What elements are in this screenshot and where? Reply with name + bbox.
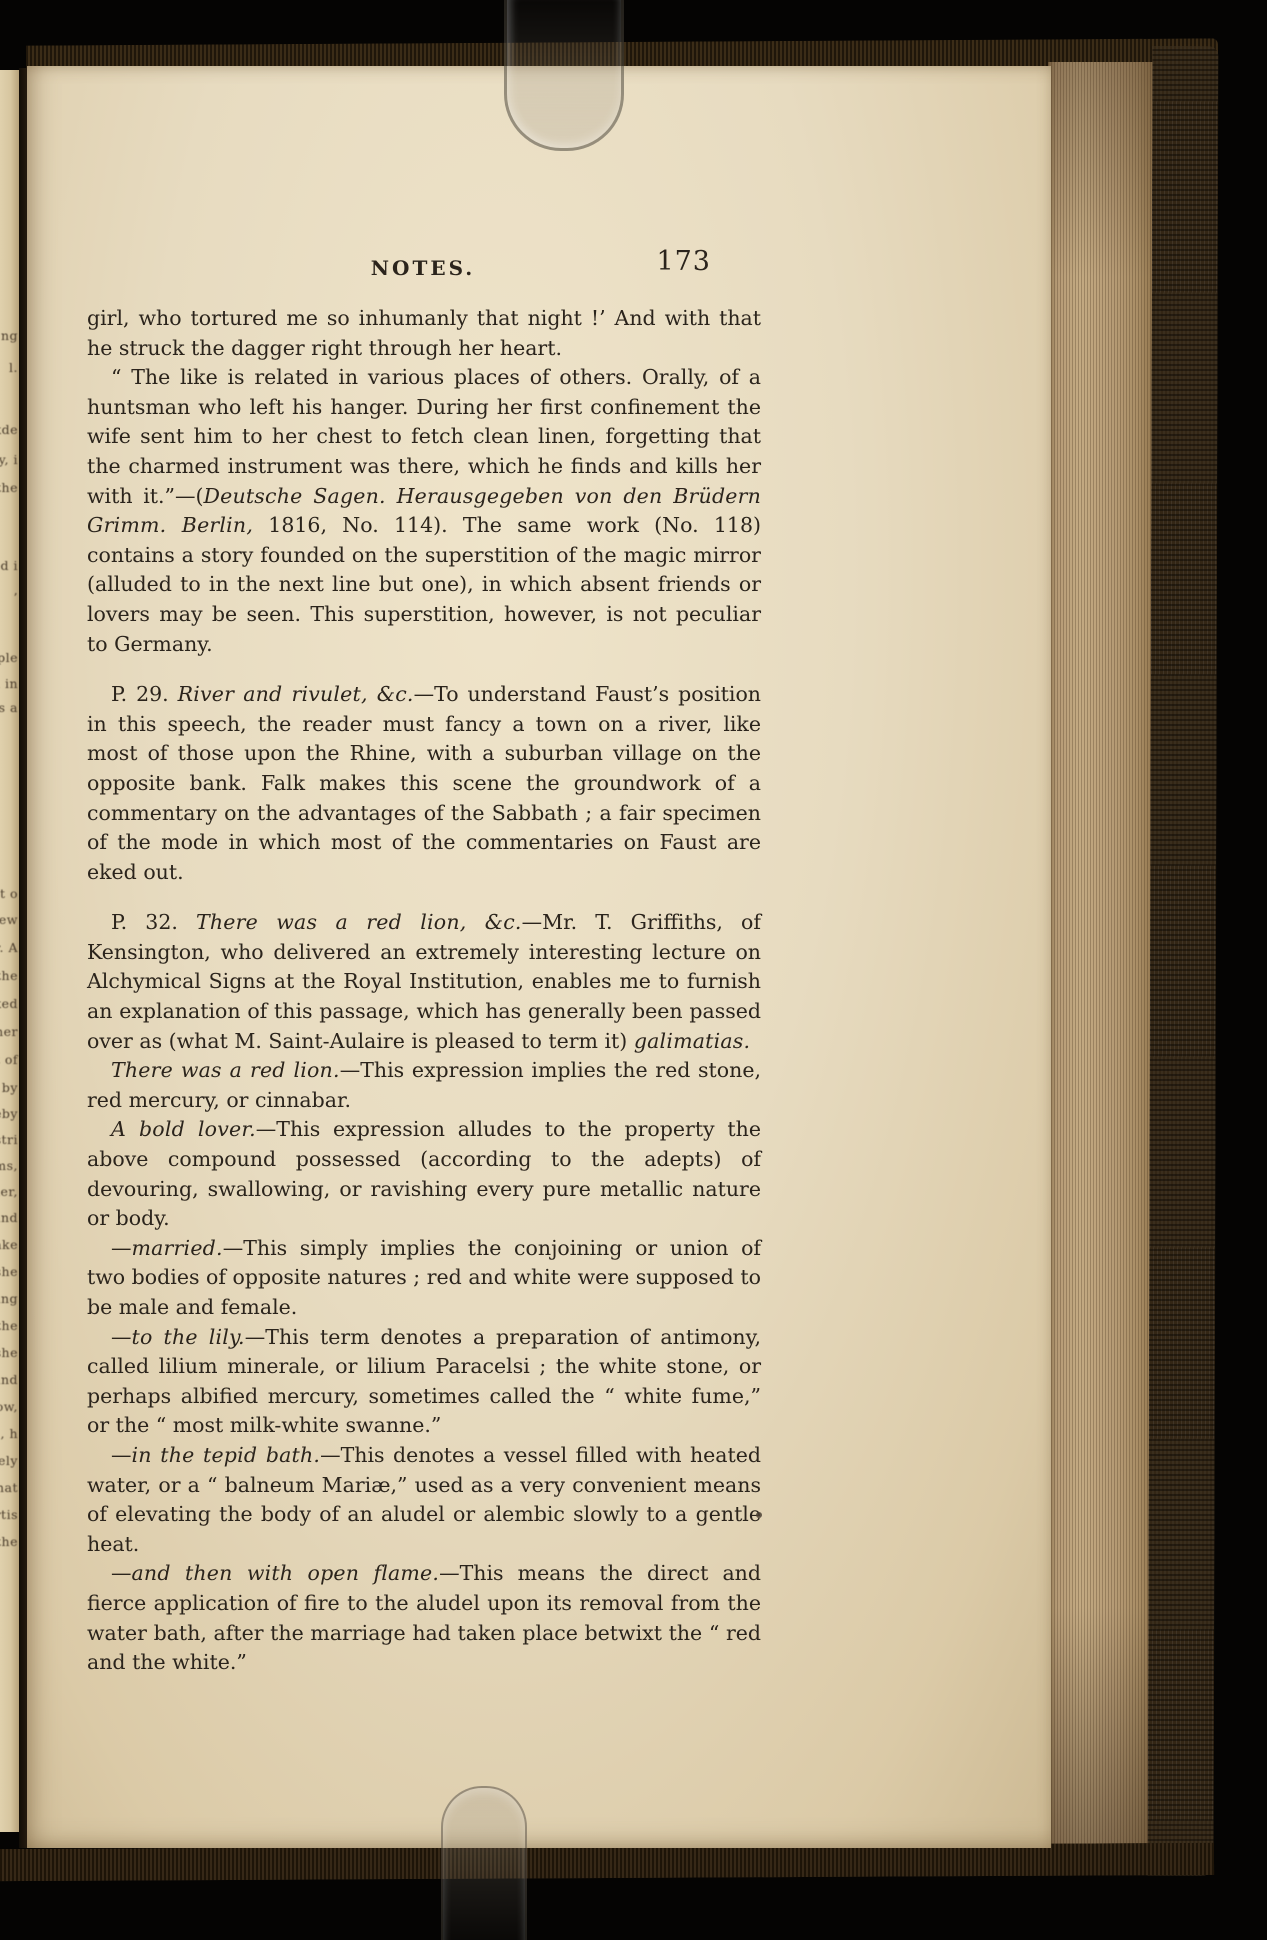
edge-text-fragment: lustri — [0, 1132, 18, 1147]
italic-run: in the tepid bath. — [132, 1443, 321, 1467]
paragraph: “ The like is related in various places … — [87, 363, 761, 659]
page-header-row: NOTES. 173 — [87, 256, 759, 290]
page-holder-clamp-top — [504, 0, 624, 151]
edge-text-fragment: ople — [0, 650, 18, 665]
page-number: 173 — [656, 246, 711, 277]
margin-dot — [756, 1512, 762, 1518]
edge-text-fragment: s, and — [0, 1372, 18, 1387]
edge-text-fragment: r. A — [0, 940, 18, 955]
edge-text-fragment: freely — [0, 1453, 18, 1468]
edge-text-fragment: make — [0, 1237, 18, 1252]
paragraph: —married.—This simply implies the conjoi… — [87, 1234, 761, 1323]
edge-text-fragment: ed the — [0, 1318, 18, 1333]
edge-text-fragment: ed i — [0, 558, 18, 573]
italic-run: to the lily. — [132, 1325, 245, 1349]
previous-page-edge: ngl.skdery, if theed i’opleed ines ast o… — [0, 70, 19, 1832]
book-cover-bottom-edge — [0, 1843, 1214, 1881]
edge-text-fragment: l. — [9, 360, 18, 375]
edge-text-fragment: urtis — [0, 1507, 18, 1522]
italic-run: galimatias. — [634, 1029, 750, 1053]
edge-text-fragment: o her, — [0, 1184, 18, 1199]
edge-text-fragment: ng — [1, 328, 18, 343]
edge-text-fragment: skde — [0, 422, 18, 437]
edge-text-fragment: gt the — [0, 1534, 18, 1549]
edge-text-fragment: n ; she — [0, 1345, 18, 1360]
paragraph: A bold lover.—This expression alludes to… — [87, 1115, 761, 1233]
edge-text-fragment: ight of — [0, 1052, 18, 1067]
paragraph: girl, who tortured me so inhumanly that … — [87, 304, 761, 363]
book-page: NOTES. 173 girl, who tortured me so inhu… — [27, 66, 1051, 1848]
text-run: P. 29. — [111, 682, 178, 706]
paragraph: —to the lily.—This term denotes a prepar… — [87, 1323, 761, 1441]
edge-text-fragment: know, — [0, 1399, 18, 1414]
paragraph: —and then with open flame.—This means th… — [87, 1559, 761, 1677]
italic-run: There was a red lion. — [111, 1058, 340, 1082]
text-run: — — [111, 1443, 132, 1467]
edge-text-fragment: forms, — [0, 1158, 18, 1173]
page-holder-clamp-bottom — [441, 1786, 527, 1940]
edge-text-fragment: picked — [0, 996, 18, 1011]
edge-text-fragment: er the — [0, 968, 18, 983]
edge-text-fragment: ’ — [14, 590, 18, 605]
page-gutter-shadow — [19, 68, 27, 1848]
edge-text-fragment: n that — [0, 1480, 18, 1495]
paragraph: P. 32. There was a red lion, &c.—Mr. T. … — [87, 908, 761, 1056]
text-run: —To understand Faust’s position in this … — [87, 682, 761, 884]
edge-text-fragment: ry, i — [0, 452, 18, 467]
paragraph: —in the tepid bath.—This denotes a vesse… — [87, 1441, 761, 1559]
edge-text-fragment: hereby — [0, 1106, 18, 1121]
book-cover-right-edge — [1148, 46, 1219, 1876]
edge-text-fragment: f the — [0, 480, 18, 495]
edge-text-fragment: , h — [1, 1426, 19, 1441]
text-run: girl, who tortured me so inhumanly that … — [87, 306, 761, 360]
edge-text-fragment: er and — [0, 1210, 18, 1225]
notes-text-block: girl, who tortured me so inhumanly that … — [87, 304, 761, 1678]
edge-text-fragment: st o — [0, 886, 18, 901]
text-run: — — [111, 1561, 132, 1585]
paragraph: P. 29. River and rivulet, &c.—To underst… — [87, 680, 761, 887]
edge-text-fragment: as her — [0, 1024, 18, 1039]
italic-run: A bold lover. — [111, 1117, 256, 1141]
paragraph: There was a red lion.—This expression im… — [87, 1056, 761, 1115]
text-run: — — [111, 1236, 132, 1260]
edge-text-fragment: ge, she — [0, 1264, 18, 1279]
italic-run: There was a red lion, &c. — [196, 910, 522, 934]
edge-text-fragment: ed in — [0, 676, 18, 691]
edge-text-fragment: New — [0, 912, 18, 927]
book-photo: ngl.skdery, if theed i’opleed ines ast o… — [0, 0, 1267, 1940]
italic-run: and then with open flame. — [132, 1561, 440, 1585]
italic-run: River and rivulet, &c. — [178, 682, 414, 706]
edge-text-fragment: ething — [0, 1291, 18, 1306]
text-run: P. 32. — [111, 910, 196, 934]
text-run: — — [111, 1325, 132, 1349]
book-fore-edge-pages — [1048, 62, 1154, 1858]
edge-text-fragment: es a — [0, 700, 18, 715]
italic-run: married. — [132, 1236, 223, 1260]
edge-text-fragment: ght by — [0, 1080, 18, 1095]
